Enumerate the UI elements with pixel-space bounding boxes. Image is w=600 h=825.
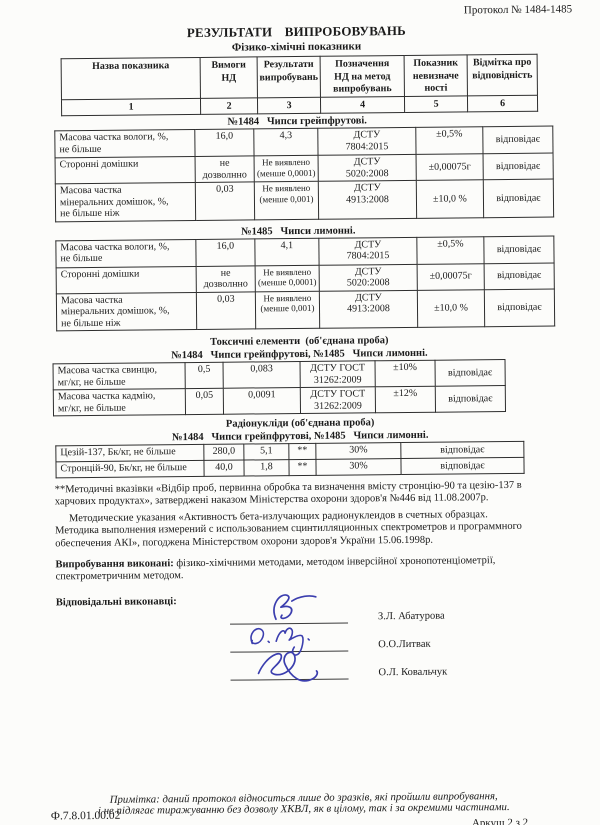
table-cell: ±10,0 % xyxy=(416,180,483,218)
table-cell: 0,5 xyxy=(185,362,223,388)
table-cell: ±0,5% xyxy=(417,236,484,264)
table-cell: ДСТУ 5020:2008 xyxy=(318,154,416,181)
table-cell: Сторонні домішки xyxy=(55,156,195,183)
tests-performed-label: Випробування виконані: xyxy=(55,558,173,570)
table-cell: ДСТУ 7804:2015 xyxy=(318,127,416,155)
protocol-number: Протокол № 1484-1485 xyxy=(0,0,596,21)
column-header: Назва показника xyxy=(61,57,200,99)
table-cell: відповідає xyxy=(483,153,553,180)
table-cell: Не виявлено (менше 0,001) xyxy=(255,291,319,329)
table-cell: не дозволнно xyxy=(195,156,254,183)
sample-1484-table: Масова частка вологи, %, не більше 16,0 … xyxy=(54,126,554,222)
table-cell: 16,0 xyxy=(195,129,254,157)
column-number: 6 xyxy=(467,95,537,112)
table-cell: 5,1 xyxy=(244,444,289,460)
table-cell: відповідає xyxy=(484,289,554,327)
signature-row: О.Л. Ковальчук xyxy=(230,652,447,681)
table-cell: 0,03 xyxy=(195,182,254,220)
table-row: Масова частка кадмію, мг/кг, не більше 0… xyxy=(53,386,505,416)
document-content: Протокол № 1484-1485 РЕЗУЛЬТАТИ ВИПРОБОВ… xyxy=(0,0,600,825)
table-cell: ±12% xyxy=(375,386,435,413)
signature-line xyxy=(230,653,348,681)
table-cell: відповідає xyxy=(435,360,505,387)
column-header: Результати випробувань xyxy=(257,56,320,98)
table-cell: Не виявлено (менше 0,001) xyxy=(254,181,318,219)
table-cell: не дозволнно xyxy=(196,265,255,292)
table-cell: ±0,5% xyxy=(416,127,483,155)
table-cell: відповідає xyxy=(435,386,505,413)
table-row: Назва показника Вимоги НД Результати вип… xyxy=(61,54,537,100)
table-row: Масова частка мінеральних домішок, %, не… xyxy=(55,179,553,221)
scanned-protocol-page: Протокол № 1484-1485 РЕЗУЛЬТАТИ ВИПРОБОВ… xyxy=(0,0,600,825)
table-cell: Масова частка вологи, %, не більше xyxy=(55,129,195,157)
table-cell: Масова частка кадмію, мг/кг, не більше xyxy=(53,389,185,416)
table-cell: Масова частка свинцю, мг/кг, не більше xyxy=(53,363,185,390)
table-cell: відповідає xyxy=(483,179,553,217)
executors-label: Відповідальні виконавці: xyxy=(56,597,177,609)
table-cell: ДСТУ 4913:2008 xyxy=(319,290,417,328)
table-cell: відповідає xyxy=(484,236,554,264)
table-row: 1 2 3 4 5 6 xyxy=(61,95,537,116)
table-cell: 0,03 xyxy=(196,291,255,329)
table-cell: відповідає xyxy=(483,126,553,154)
table-cell: Не виявлено (менше 0,0001) xyxy=(254,155,318,182)
table-cell: 16,0 xyxy=(196,238,255,266)
table-cell: ДСТУ 4913:2008 xyxy=(318,180,416,218)
column-number: 5 xyxy=(404,96,467,113)
table-row: Стронцій-90, Бк/кг, не більше 40,0 1,8 *… xyxy=(56,457,524,477)
sample-1485-table: Масова частка вологи, %, не більше 16,0 … xyxy=(55,235,555,331)
toxic-elements-table: Масова частка свинцю, мг/кг, не більше 0… xyxy=(53,359,506,416)
executor-name: О.Л. Ковальчук xyxy=(378,667,447,680)
table-cell: ДСТУ ГОСТ 31262:2009 xyxy=(300,361,375,388)
executor-name: О.О.Литвак xyxy=(378,639,430,652)
signatures-block: Відповідальні виконавці: З.Л. Абатурова … xyxy=(2,585,600,696)
page-number-label: Аркуш 2 з 2 xyxy=(472,817,528,825)
table-cell: ±0,00075г xyxy=(416,154,483,181)
table-cell: 40,0 xyxy=(204,460,244,476)
table-cell: 280,0 xyxy=(204,444,244,460)
column-header: Показник невизначе ності xyxy=(404,55,467,97)
footnote-methodical-ru: Методические указания «Активностъ бета-и… xyxy=(55,509,533,551)
column-number: 1 xyxy=(61,98,200,115)
table-cell: 0,083 xyxy=(223,361,300,388)
executor-name: З.Л. Абатурова xyxy=(378,611,445,624)
column-header: Позначення НД на метод випробувань xyxy=(320,55,404,97)
table-cell: Сторонні домішки xyxy=(56,266,196,293)
table-row: Масова частка мінеральних домішок, %, не… xyxy=(56,289,554,331)
column-number: 3 xyxy=(257,97,320,114)
table-cell: Масова частка вологи, %, не більше xyxy=(56,239,196,267)
form-code: Ф.7.8.01.00.02 xyxy=(51,810,121,823)
table-cell: Не виявлено (менше 0,0001) xyxy=(255,265,319,292)
table-cell: ДСТУ ГОСТ 31262:2009 xyxy=(300,387,375,414)
table-cell: 30% xyxy=(316,443,401,460)
table-cell: відповідає xyxy=(484,263,554,290)
radionuclides-table: Цезій-137, Бк/кг, не більше 280,0 5,1 **… xyxy=(55,441,524,479)
table-cell: Масова частка мінеральних домішок, %, не… xyxy=(56,292,196,331)
table-cell: ДСТУ 5020:2008 xyxy=(319,264,417,291)
table-cell: 30% xyxy=(316,459,401,476)
table-cell: ±0,00075г xyxy=(417,263,484,290)
table-cell: ДСТУ 7804:2015 xyxy=(319,237,417,265)
table-cell: ** xyxy=(289,443,316,459)
results-header-table: Назва показника Вимоги НД Результати вип… xyxy=(61,54,539,117)
table-cell: 0,0091 xyxy=(223,387,300,414)
column-number: 2 xyxy=(200,98,257,115)
column-header: Вимоги НД xyxy=(200,57,257,99)
table-cell: ** xyxy=(289,459,316,475)
table-cell: відповідає xyxy=(401,441,524,458)
table-cell: ±10,0 % xyxy=(417,289,484,327)
signature-3-icon xyxy=(218,641,368,688)
table-cell: Цезій-137, Бк/кг, не більше xyxy=(56,444,204,461)
table-cell: ±10% xyxy=(375,360,435,387)
column-header: Відмітка про відповідність xyxy=(467,54,537,96)
table-cell: 1,8 xyxy=(244,460,289,476)
footnote-methodical-ua: **Методичні вказівки «Відбір проб, перви… xyxy=(55,480,533,509)
table-cell: 4,3 xyxy=(254,128,318,156)
table-cell: відповідає xyxy=(401,457,524,474)
table-cell: Масова частка мінеральних домішок, %, не… xyxy=(55,182,195,221)
column-number: 4 xyxy=(320,96,404,113)
table-cell: Стронцій-90, Бк/кг, не більше xyxy=(56,460,204,477)
tests-performed-paragraph: Випробування виконані: фізико-хімічними … xyxy=(55,555,555,584)
table-cell: 0,05 xyxy=(185,388,223,414)
table-cell: 4,1 xyxy=(255,238,319,266)
